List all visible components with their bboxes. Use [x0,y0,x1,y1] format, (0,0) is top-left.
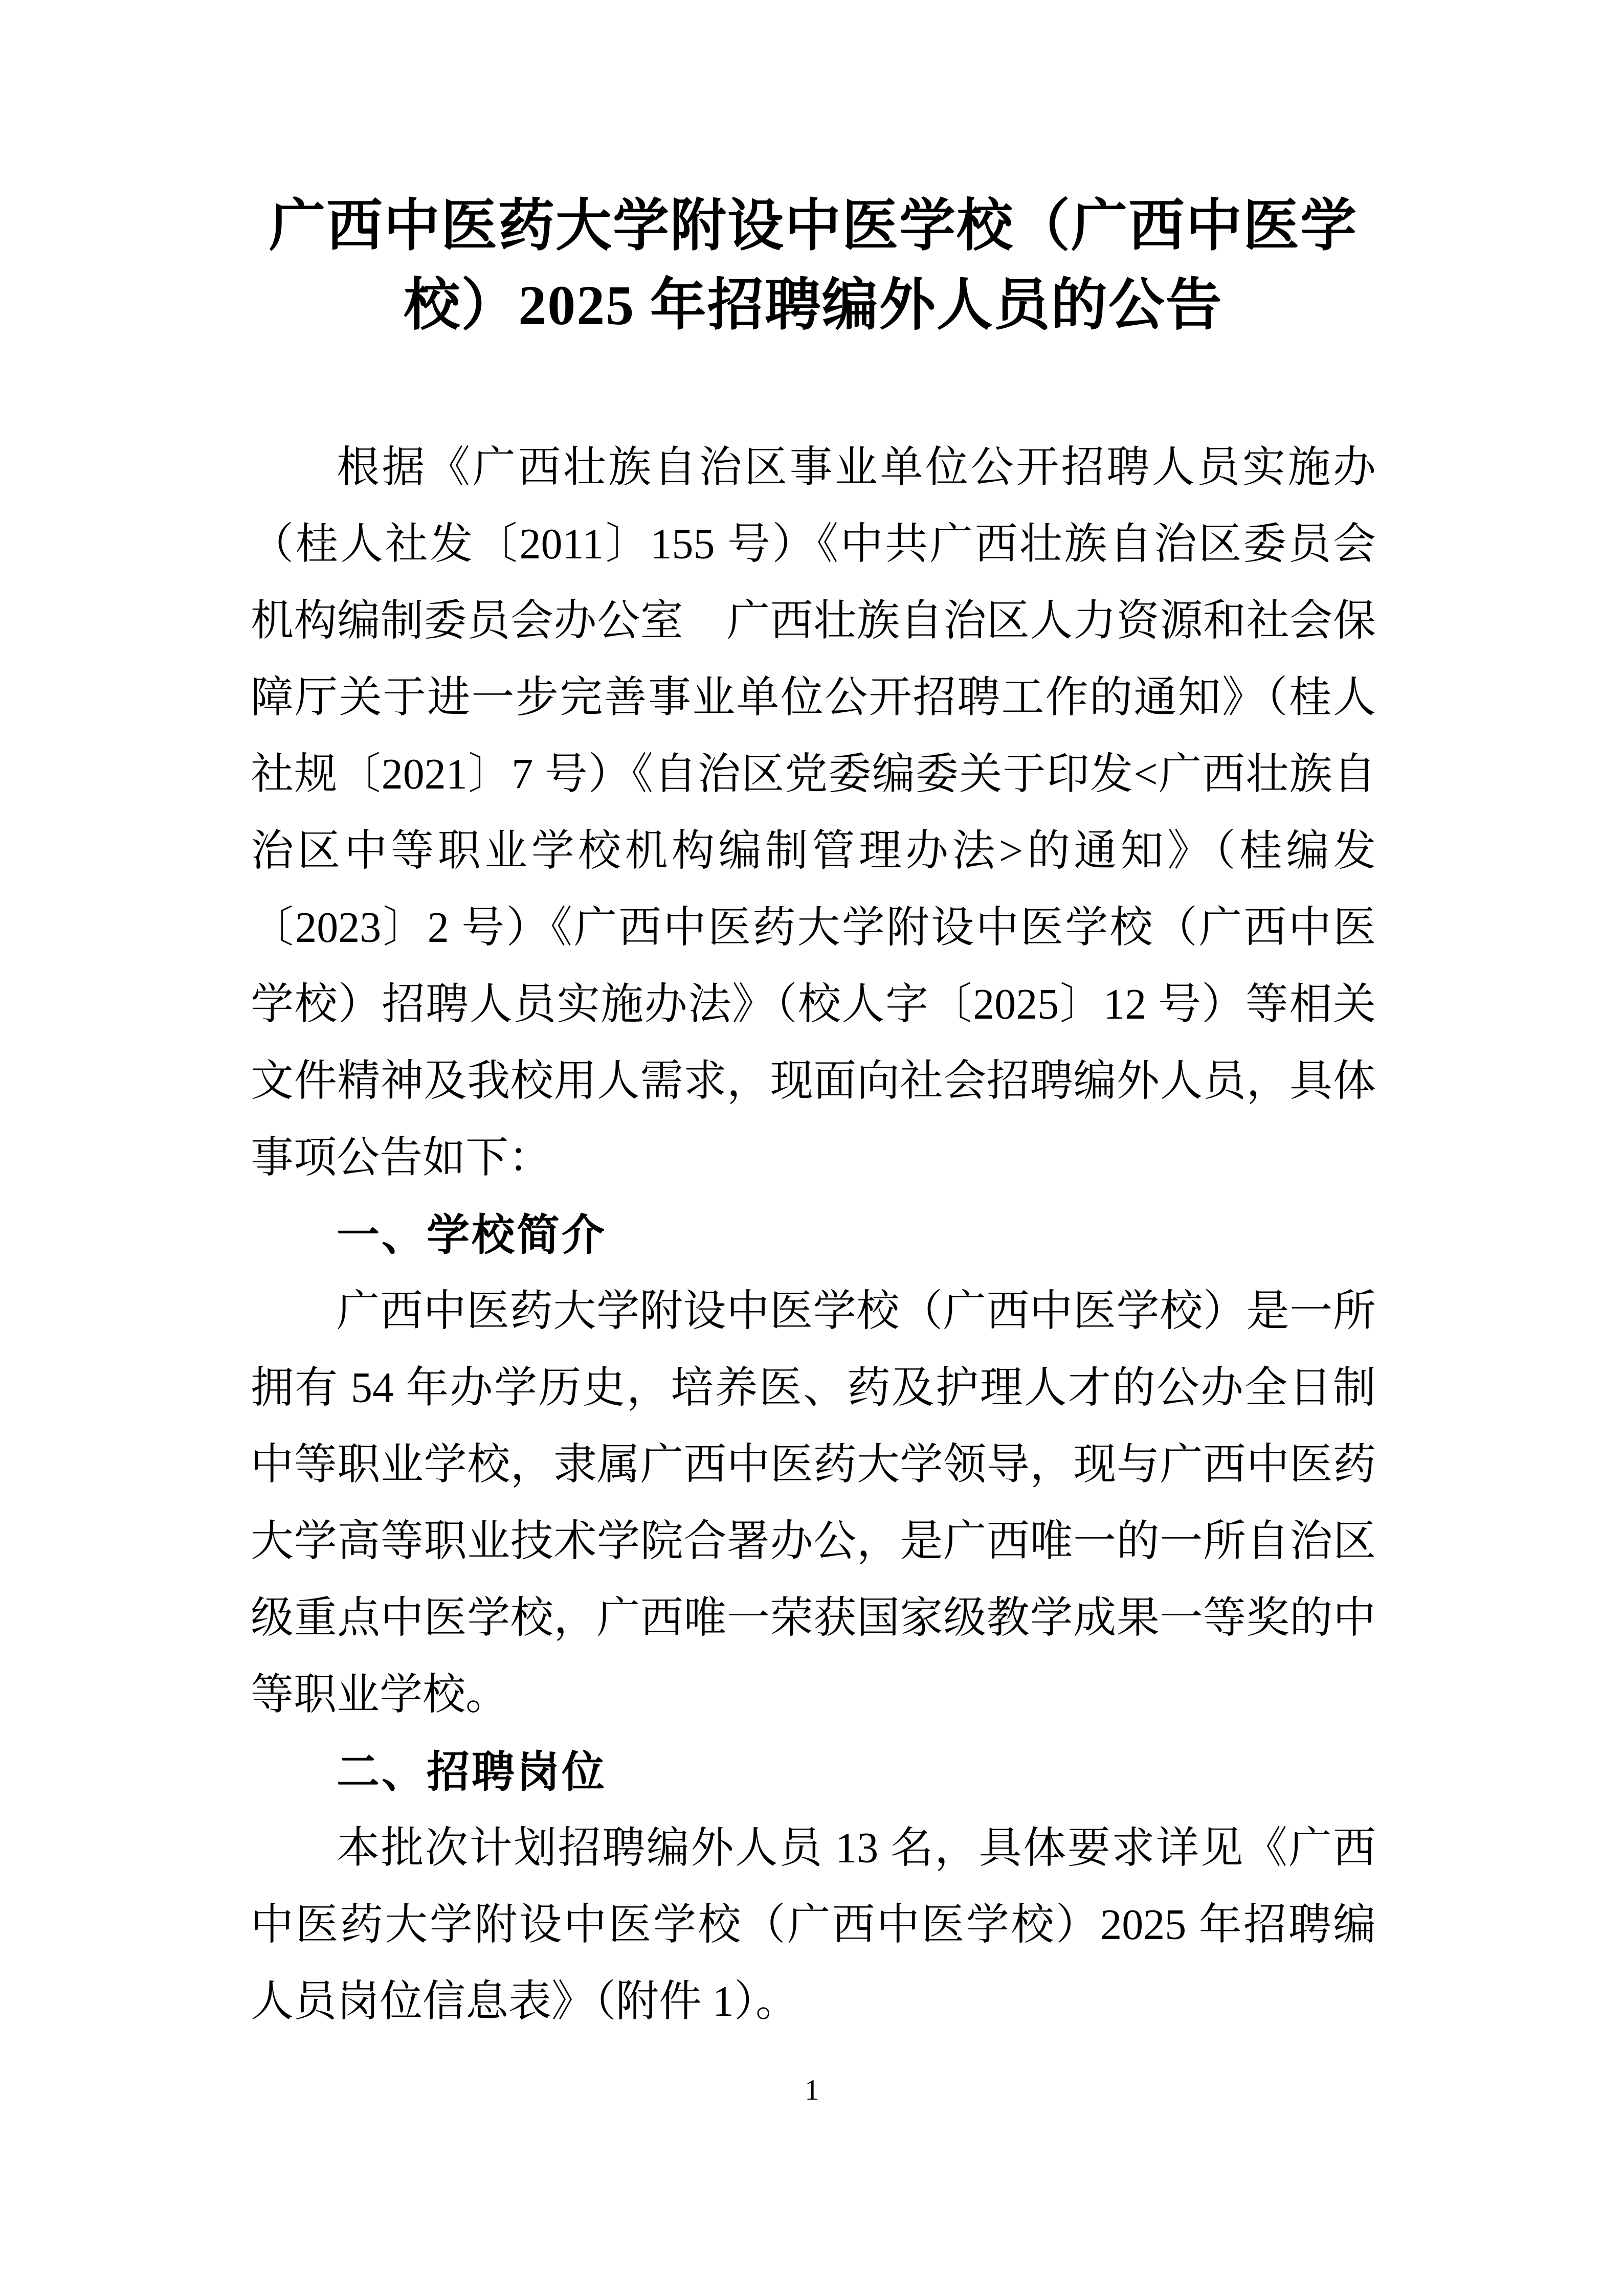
body-text-line: 广西中医药大学附设中医学校（广西中医学校）是一所 [251,1273,1376,1350]
section-heading: 二、招聘岗位 [251,1734,1376,1810]
section-heading: 一、学校简介 [251,1197,1376,1273]
document-title: 广西中医药大学附设中医学校（广西中医学校）2025 年招聘编外人员的公告 [215,187,1412,345]
body-text-line: 障厅关于进一步完善事业单位公开招聘工作的通知》（桂人 [251,660,1376,736]
body-text-line: 治区中等职业学校机构编制管理办法>的通知》（桂编发 [251,813,1376,890]
body-text-line: 社规〔2021〕7 号）《自治区党委编委关于印发<广西壮族自 [251,736,1376,813]
document-title-line: 校）2025 年招聘编外人员的公告 [215,266,1412,345]
body-text-line: 大学高等职业技术学院合署办公，是广西唯一的一所自治区 [251,1503,1376,1580]
body-text-line: （桂人社发〔2011〕155 号）《中共广西壮族自治区委员会 [251,506,1376,583]
document-body: 根据《广西壮族自治区事业单位公开招聘人员实施办法》（桂人社发〔2011〕155 … [251,430,1376,2040]
body-text-line: 人员岗位信息表》（附件 1）。 [251,1964,1376,2040]
body-text-line: 〔2023〕2 号）《广西中医药大学附设中医学校（广西中医 [251,890,1376,966]
body-text-line: 根据《广西壮族自治区事业单位公开招聘人员实施办法》 [251,430,1376,506]
body-text-line: 中医药大学附设中医学校（广西中医学校）2025 年招聘编外 [251,1887,1376,1964]
page-number: 1 [0,2071,1624,2110]
body-text-line: 拥有 54 年办学历史，培养医、药及护理人才的公办全日制 [251,1350,1376,1427]
body-text-line: 级重点中医学校，广西唯一荣获国家级教学成果一等奖的中 [251,1580,1376,1657]
body-text-line: 中等职业学校，隶属广西中医药大学领导，现与广西中医药 [251,1427,1376,1503]
body-text-line: 学校）招聘人员实施办法》（校人字〔2025〕12 号）等相关 [251,966,1376,1043]
body-text-line: 等职业学校。 [251,1657,1376,1734]
body-text-line: 机构编制委员会办公室 广西壮族自治区人力资源和社会保 [251,583,1376,660]
body-text-line: 事项公告如下： [251,1120,1376,1197]
document-title-line: 广西中医药大学附设中医学校（广西中医学 [215,187,1412,266]
body-text-line: 本批次计划招聘编外人员 13 名，具体要求详见《广西 [251,1810,1376,1887]
body-text-line: 文件精神及我校用人需求，现面向社会招聘编外人员，具体 [251,1043,1376,1120]
document-page: 广西中医药大学附设中医学校（广西中医学校）2025 年招聘编外人员的公告 根据《… [0,0,1624,2296]
